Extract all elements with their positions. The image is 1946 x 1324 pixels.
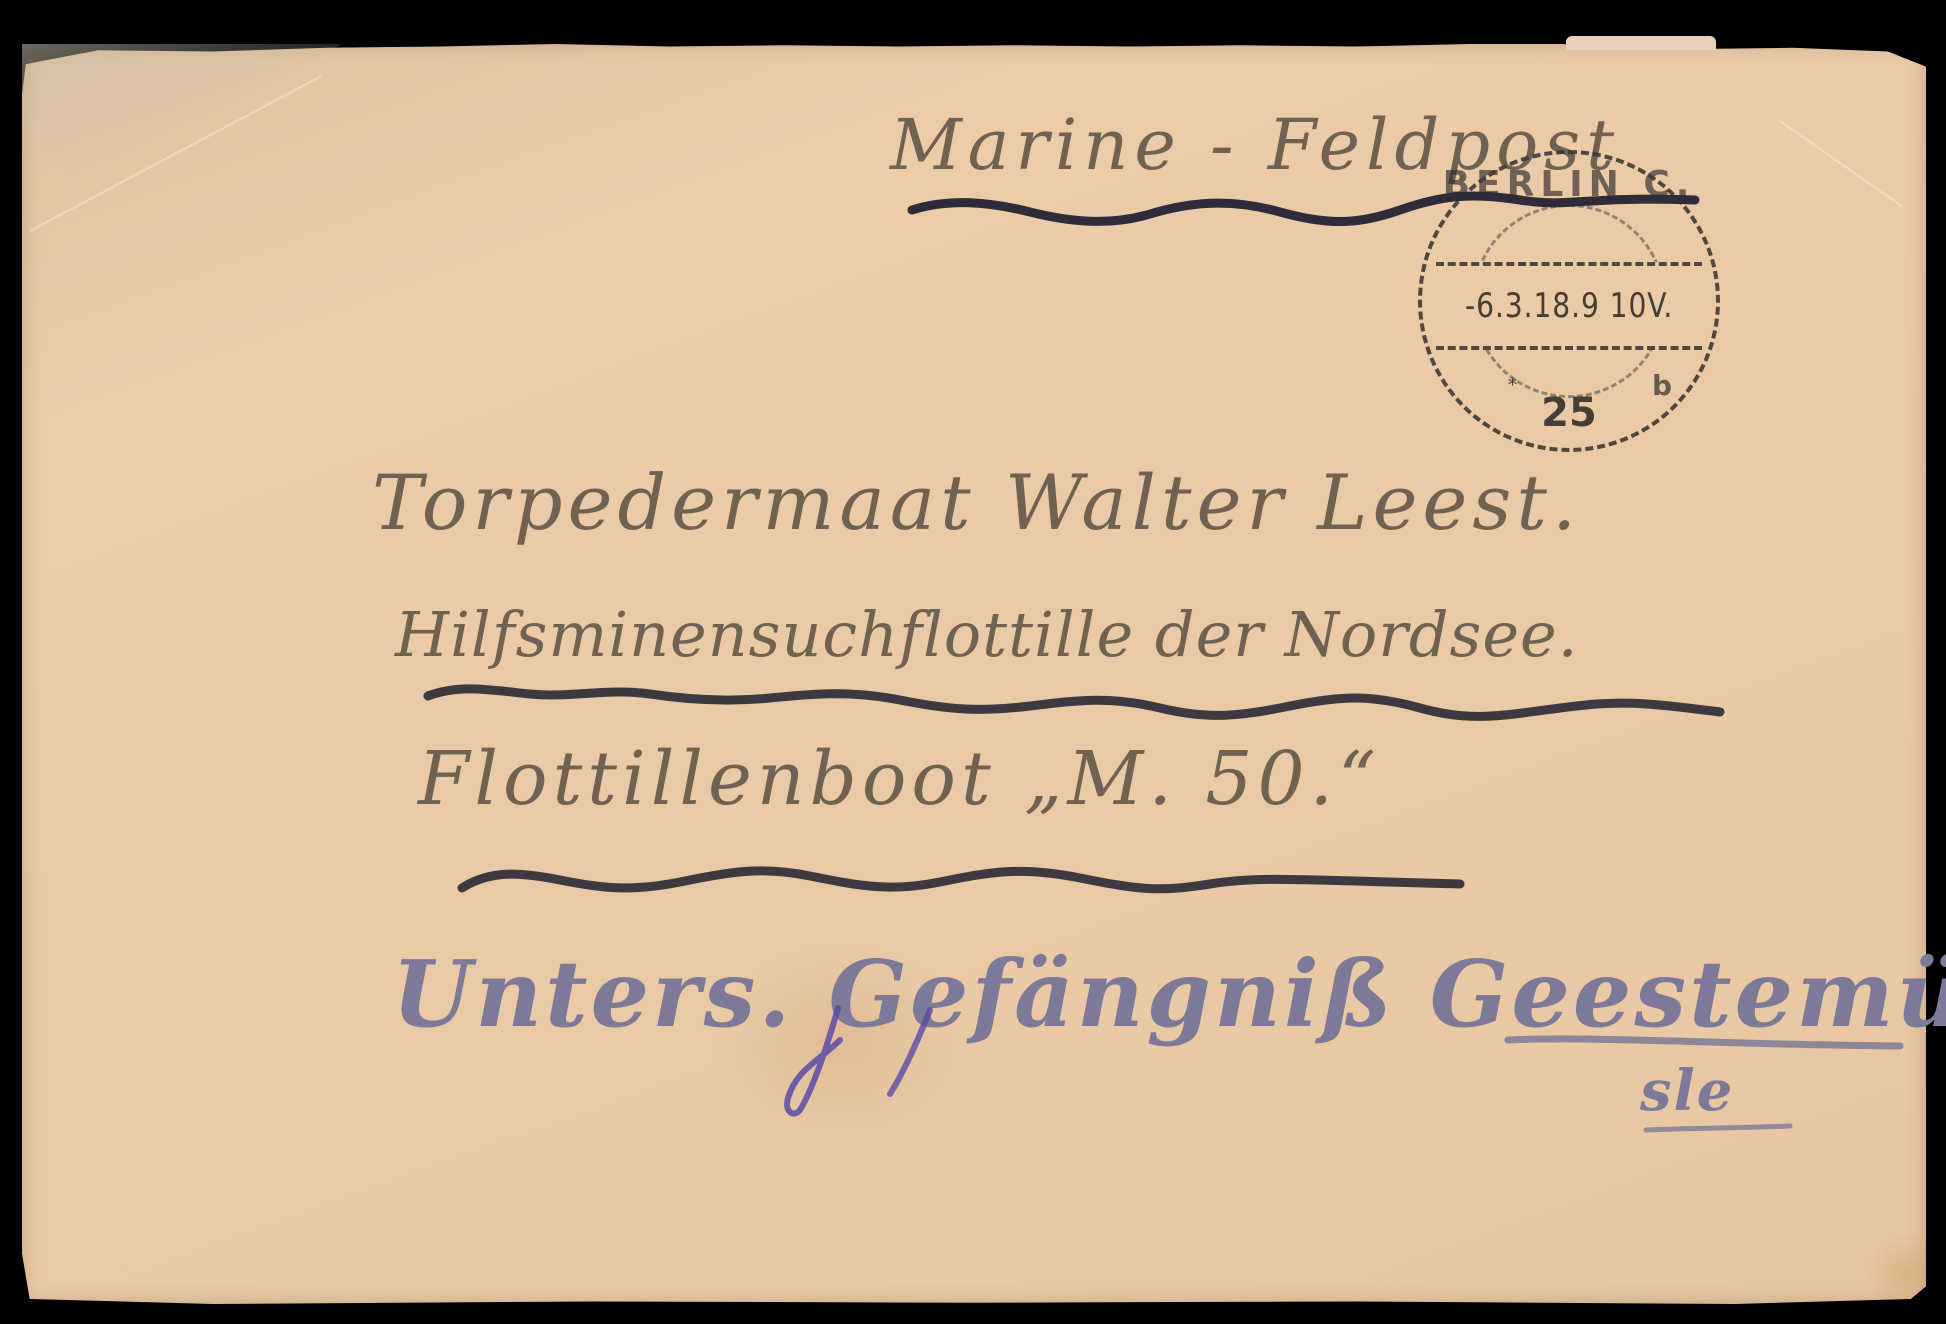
address-line-boat: Flottillenboot „M. 50.“: [418, 736, 1381, 822]
postmark-city: BERLIN C.: [1422, 164, 1716, 205]
torn-edge: [1566, 36, 1716, 50]
address-line-recipient: Torpedermaat Walter Leest.: [372, 458, 1581, 547]
postmark: BERLIN C. -6.3.18.9 10V. * 25 b: [1418, 150, 1720, 452]
postmark-date-band: -6.3.18.9 10V.: [1436, 262, 1702, 350]
postmark-letter: b: [1652, 369, 1672, 402]
pencil-annotation: Unters. Gefängniß Geestemün: [392, 940, 1946, 1048]
pencil-initials: sle: [1640, 1058, 1734, 1124]
postmark-date: -6.3.18.9 10V.: [1465, 286, 1673, 326]
address-line-unit: Hilfsminensuchflottille der Nordsee.: [395, 598, 1578, 671]
